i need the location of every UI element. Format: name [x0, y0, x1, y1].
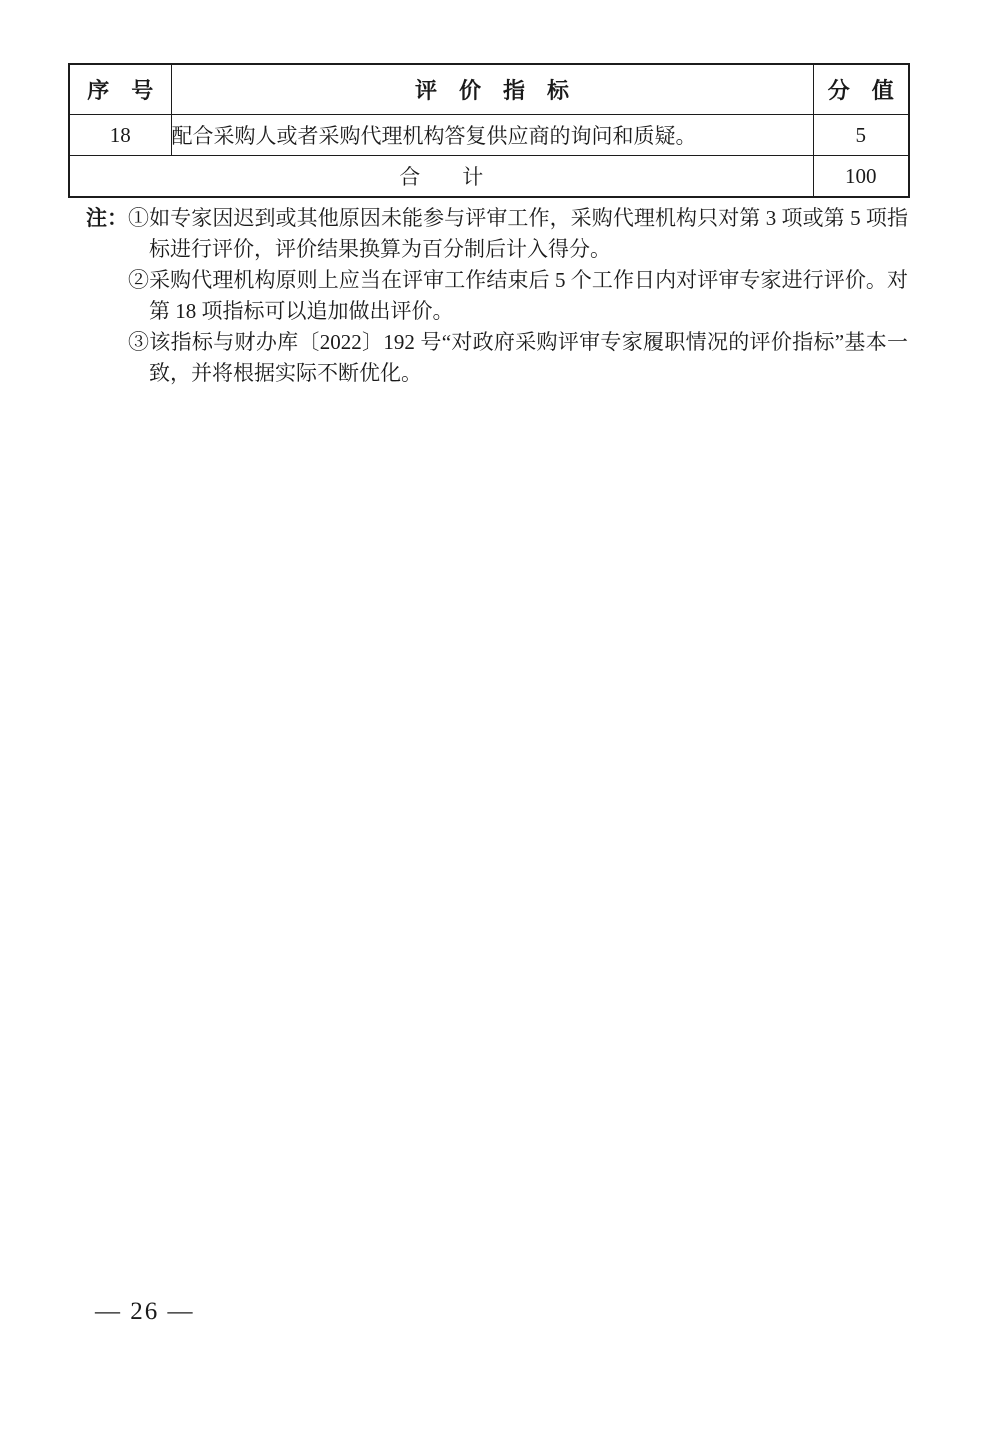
table-row: 18 配合采购人或者采购代理机构答复供应商的询问和质疑。 5 — [69, 115, 909, 156]
total-label: 合 计 — [69, 156, 813, 198]
note-item-3: ③该指标与财办库〔2022〕192 号“对政府采购评审专家履职情况的评价指标”基… — [128, 327, 908, 389]
notes-label: 注： — [86, 203, 128, 234]
header-serial-number: 序 号 — [69, 64, 171, 115]
row-score-value: 5 — [813, 115, 909, 156]
total-value: 100 — [813, 156, 909, 198]
header-score-value: 分 值 — [813, 64, 909, 115]
row-serial-number: 18 — [69, 115, 171, 156]
note-item-2: ②采购代理机构原则上应当在评审工作结束后 5 个工作日内对评审专家进行评价。对第… — [128, 265, 908, 327]
page-number: — 26 — — [95, 1298, 195, 1326]
evaluation-score-table: 序 号 评 价 指 标 分 值 18 配合采购人或者采购代理机构答复供应商的询问… — [68, 63, 910, 198]
header-evaluation-indicator: 评 价 指 标 — [171, 64, 813, 115]
note-item-1: ①如专家因迟到或其他原因未能参与评审工作，采购代理机构只对第 3 项或第 5 项… — [128, 203, 908, 265]
row-indicator-text: 配合采购人或者采购代理机构答复供应商的询问和质疑。 — [171, 115, 813, 156]
table-header-row: 序 号 评 价 指 标 分 值 — [69, 64, 909, 115]
document-page: 序 号 评 价 指 标 分 值 18 配合采购人或者采购代理机构答复供应商的询问… — [0, 0, 1006, 1447]
notes-body: ①如专家因迟到或其他原因未能参与评审工作，采购代理机构只对第 3 项或第 5 项… — [128, 203, 908, 389]
notes-section: 注： ①如专家因迟到或其他原因未能参与评审工作，采购代理机构只对第 3 项或第 … — [86, 203, 908, 389]
table-total-row: 合 计 100 — [69, 156, 909, 198]
